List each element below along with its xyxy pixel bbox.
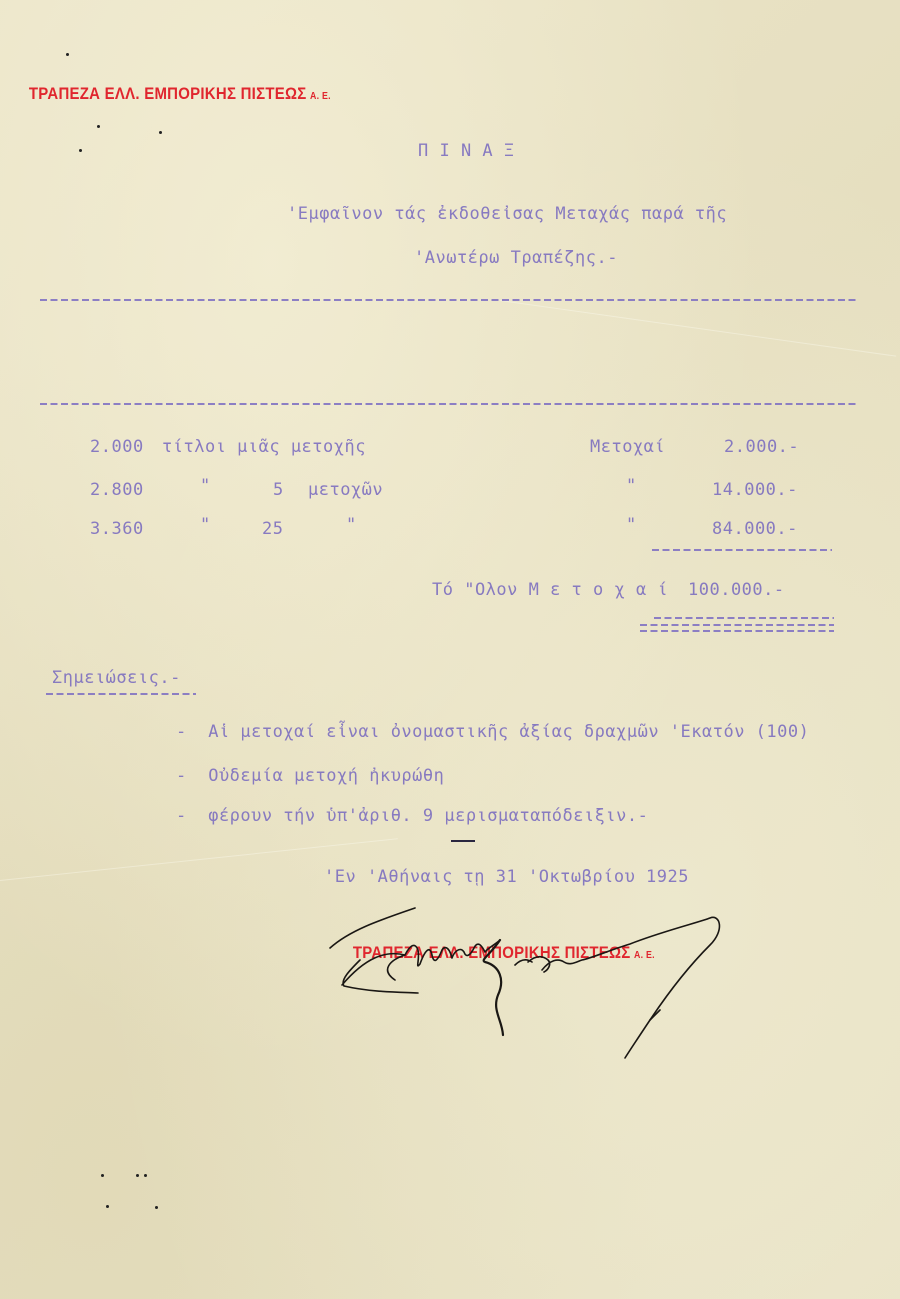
row-label: Μετοχαί [590, 437, 665, 457]
paper-crease [500, 300, 896, 357]
note-item: - Οὐδεμία μετοχή ἠκυρώθη [176, 766, 444, 786]
row-multiplier: 5 [273, 480, 284, 500]
notes-heading: Σημειώσεις.- [52, 668, 181, 688]
separator-top [40, 299, 856, 301]
document-subtitle-line1: 'Εμφαῖνον τάς ἐκδοθεἰσας Μεταχάς παρά τῆ… [287, 204, 727, 224]
paper-speck [144, 1174, 147, 1177]
letterhead-stamp: ΤΡΑΠΕΖΑ ΕΛΛ. ΕΜΠΟΡΙΚΗΣ ΠΙΣΤΕΩΣΑ. Ε. [20, 64, 331, 104]
document-subtitle-line2: 'Ανωτέρω Τραπέζης.- [414, 248, 618, 268]
handwritten-signature [320, 900, 900, 1070]
total-double-rule-1 [654, 617, 834, 619]
row-unit: " [346, 515, 357, 535]
row-multiplier: 25 [262, 519, 283, 539]
row-label: " [626, 476, 637, 496]
note-item: - Αἱ μετοχαί εἶναι ὀνομαστικῆς ἀξίας δρα… [176, 722, 809, 742]
row-amount: 14.000.- [712, 480, 798, 500]
row-count: 3.360 [90, 519, 144, 539]
paper-speck [79, 149, 82, 152]
row-description: τίτλοι μιᾶς μετοχῆς [162, 437, 366, 457]
paper-speck [155, 1206, 158, 1209]
paper-speck [106, 1205, 109, 1208]
closing-rule [451, 840, 475, 842]
row-count: 2.000 [90, 437, 144, 457]
total-amount: 100.000.- [688, 580, 785, 600]
place-date: 'Εν 'Αθήναις τῃ 31 'Οκτωβρίου 1925 [324, 867, 689, 887]
row-label: " [626, 515, 637, 535]
paper-speck [97, 125, 100, 128]
total-label: Τό "Ολον Μ ε τ ο χ α ί [432, 580, 668, 600]
note-item: - φέρουν τήν ὑπ'ἀριθ. 9 μερισματαπόδειξι… [176, 806, 648, 826]
row-count: 2.800 [90, 480, 144, 500]
row-unit: μετοχῶν [308, 480, 383, 500]
paper-speck [101, 1174, 104, 1177]
paper-speck [159, 131, 162, 134]
row-amount: 84.000.- [712, 519, 798, 539]
total-double-rule-2 [640, 624, 834, 626]
letterhead-bank-name: ΤΡΑΠΕΖΑ ΕΛΛ. ΕΜΠΟΡΙΚΗΣ ΠΙΣΤΕΩΣ [29, 84, 307, 103]
subtotal-rule [652, 549, 832, 551]
row-ditto: " [200, 515, 211, 535]
separator-bottom [40, 403, 856, 405]
paper-speck [136, 1174, 139, 1177]
row-ditto: " [200, 476, 211, 496]
notes-heading-underline [46, 693, 196, 695]
letterhead-suffix: Α. Ε. [310, 91, 331, 102]
paper-speck [66, 53, 69, 56]
document-title: Π Ι Ν Α Ξ [418, 141, 515, 161]
row-amount: 2.000.- [724, 437, 799, 457]
total-double-rule-3 [640, 630, 834, 632]
